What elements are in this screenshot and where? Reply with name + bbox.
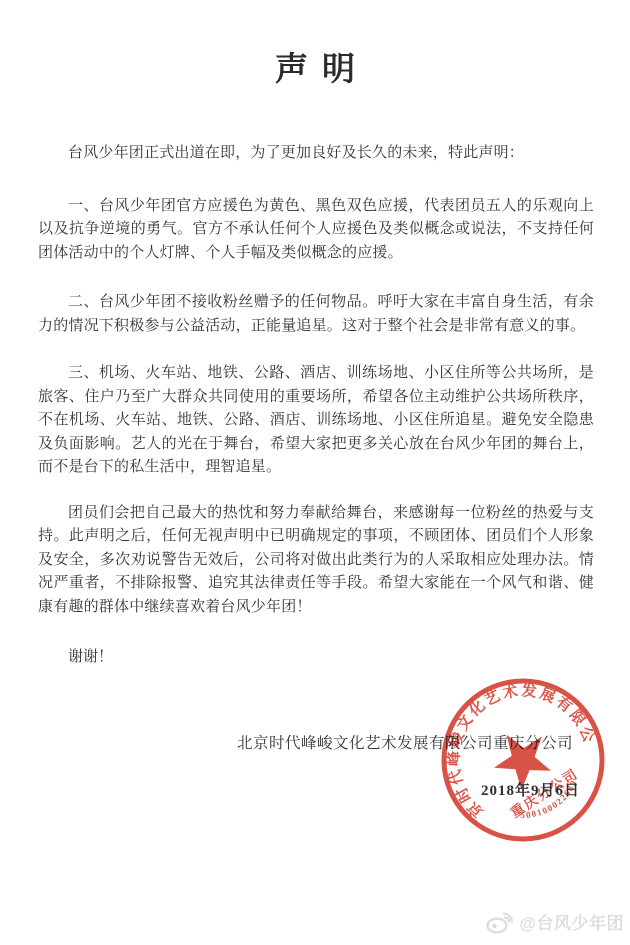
thanks-line: 谢谢！ (38, 646, 594, 670)
weibo-icon (485, 908, 515, 934)
watermark-handle: @台风少年团 (519, 909, 624, 934)
document-title: 声明 (0, 50, 630, 90)
paragraph-intro: 台风少年团正式出道在即，为了更加良好及长久的未来，特此声明： (38, 142, 594, 166)
document-date: 2018年9月6日 (38, 780, 580, 804)
paragraph-point-3: 三、机场、火车站、地铁、公路、酒店、训练场地、小区住所等公共场所，是旅客、住户乃… (38, 362, 594, 480)
paragraph-point-2: 二、台风少年团不接收粉丝赠予的任何物品。呼吁大家在丰富自身生活，有余力的情况下积… (38, 291, 594, 338)
paragraph-point-1: 一、台风少年团官方应援色为黄色、黑色双色应援，代表团员五人的乐观向上以及抗争逆境… (38, 195, 594, 266)
weibo-watermark: @台风少年团 (485, 908, 624, 934)
statement-document: 声明 台风少年团正式出道在即，为了更加良好及长久的未来，特此声明： 一、台风少年… (0, 0, 630, 945)
document-body: 台风少年团正式出道在即，为了更加良好及长久的未来，特此声明： 一、台风少年团官方… (38, 142, 594, 804)
company-signature: 北京时代峰峻文化艺术发展有限公司重庆分公司 (38, 732, 573, 756)
paragraph-closing: 团员们会把自己最大的热忱和努力奉献给舞台，来感谢每一位粉丝的热爱与支持。此声明之… (38, 502, 594, 620)
